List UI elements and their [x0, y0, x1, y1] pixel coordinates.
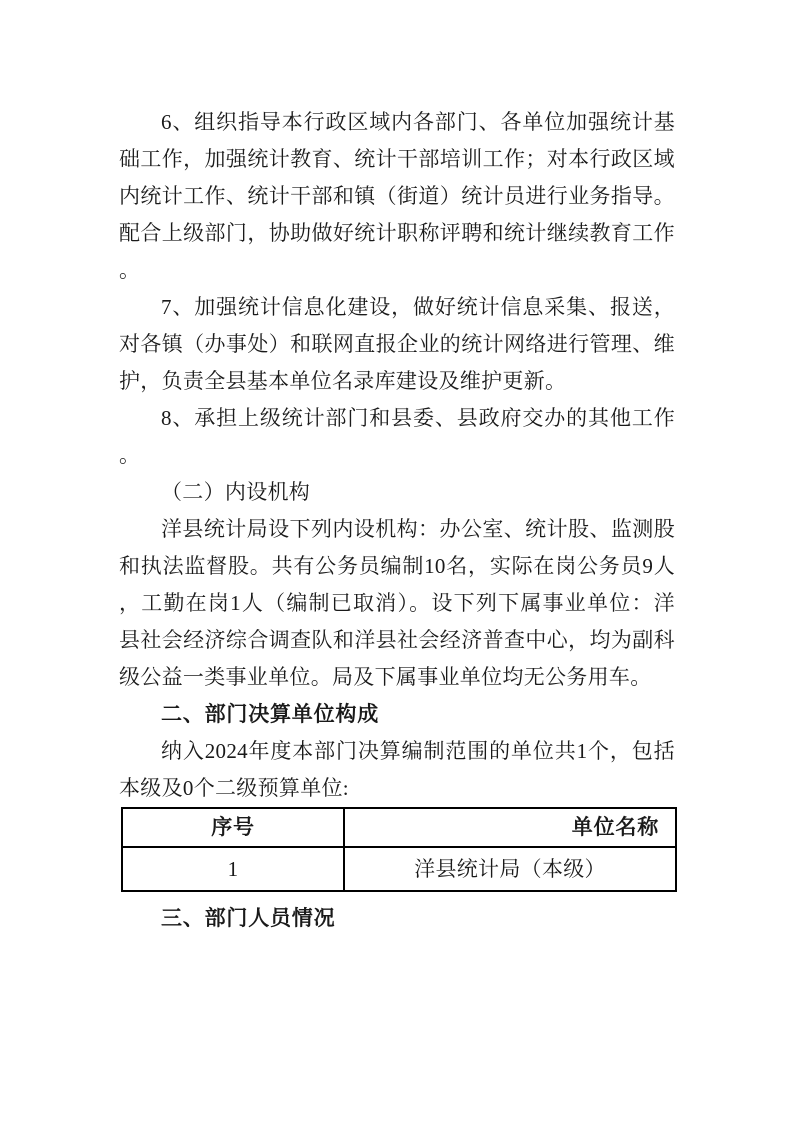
text-line: 7、加强统计信息化建设，做好统计信息采集、报送， [119, 289, 675, 326]
text-line: ，工勤在岗1人（编制已取消）。设下列下属事业单位：洋 [119, 585, 675, 622]
text-line: 对各镇（办事处）和联网直报企业的统计网络进行管理、维 [119, 326, 675, 363]
text-line: 内统计工作、统计干部和镇（街道）统计员进行业务指导。 [119, 178, 675, 215]
paragraph-budget-scope: 纳入2024年度本部门决算编制范围的单位共1个，包括本级及0个二级预算单位: [119, 733, 675, 807]
text-line: 和执法监督股。共有公务员编制10名，实际在岗公务员9人 [119, 548, 675, 585]
heading-section-3: 三、部门人员情况 [119, 900, 675, 937]
unit-table-cell-name: 洋县统计局（本级） [344, 847, 676, 891]
unit-table: 序号 单位名称 1 洋县统计局（本级） [121, 807, 677, 892]
text-line: 本级及0个二级预算单位: [119, 770, 675, 807]
text-line: 配合上级部门，协助做好统计职称评聘和统计继续教育工作 [119, 215, 675, 252]
heading-internal-structure: （二）内设机构 [119, 474, 675, 511]
text-line: 。 [119, 437, 675, 474]
unit-table-row: 1 洋县统计局（本级） [122, 847, 676, 891]
text-line: 础工作，加强统计教育、统计干部培训工作；对本行政区域 [119, 141, 675, 178]
paragraph-duty-8: 8、承担上级统计部门和县委、县政府交办的其他工作。 [119, 400, 675, 474]
paragraph-duty-7: 7、加强统计信息化建设，做好统计信息采集、报送，对各镇（办事处）和联网直报企业的… [119, 289, 675, 400]
paragraph-internal-structure: 洋县统计局设下列内设机构：办公室、统计股、监测股和执法监督股。共有公务员编制10… [119, 511, 675, 696]
document-content: 6、组织指导本行政区域内各部门、各单位加强统计基础工作，加强统计教育、统计干部培… [119, 104, 675, 937]
unit-table-header-name: 单位名称 [344, 808, 676, 847]
text-line: 8、承担上级统计部门和县委、县政府交办的其他工作 [119, 400, 675, 437]
document-page: 6、组织指导本行政区域内各部门、各单位加强统计基础工作，加强统计教育、统计干部培… [0, 0, 793, 1122]
heading-section-2: 二、部门决算单位构成 [119, 696, 675, 733]
unit-table-cell-index: 1 [122, 847, 344, 891]
paragraph-duty-6: 6、组织指导本行政区域内各部门、各单位加强统计基础工作，加强统计教育、统计干部培… [119, 104, 675, 289]
unit-table-header-index: 序号 [122, 808, 344, 847]
text-line: 县社会经济综合调查队和洋县社会经济普查中心，均为副科 [119, 622, 675, 659]
unit-table-header-row: 序号 单位名称 [122, 808, 676, 847]
text-line: 6、组织指导本行政区域内各部门、各单位加强统计基 [119, 104, 675, 141]
text-line: 。 [119, 252, 675, 289]
text-line: 洋县统计局设下列内设机构：办公室、统计股、监测股 [119, 511, 675, 548]
text-line: 护，负责全县基本单位名录库建设及维护更新。 [119, 363, 675, 400]
text-line: 纳入2024年度本部门决算编制范围的单位共1个，包括 [119, 733, 675, 770]
text-line: 级公益一类事业单位。局及下属事业单位均无公务用车。 [119, 659, 675, 696]
